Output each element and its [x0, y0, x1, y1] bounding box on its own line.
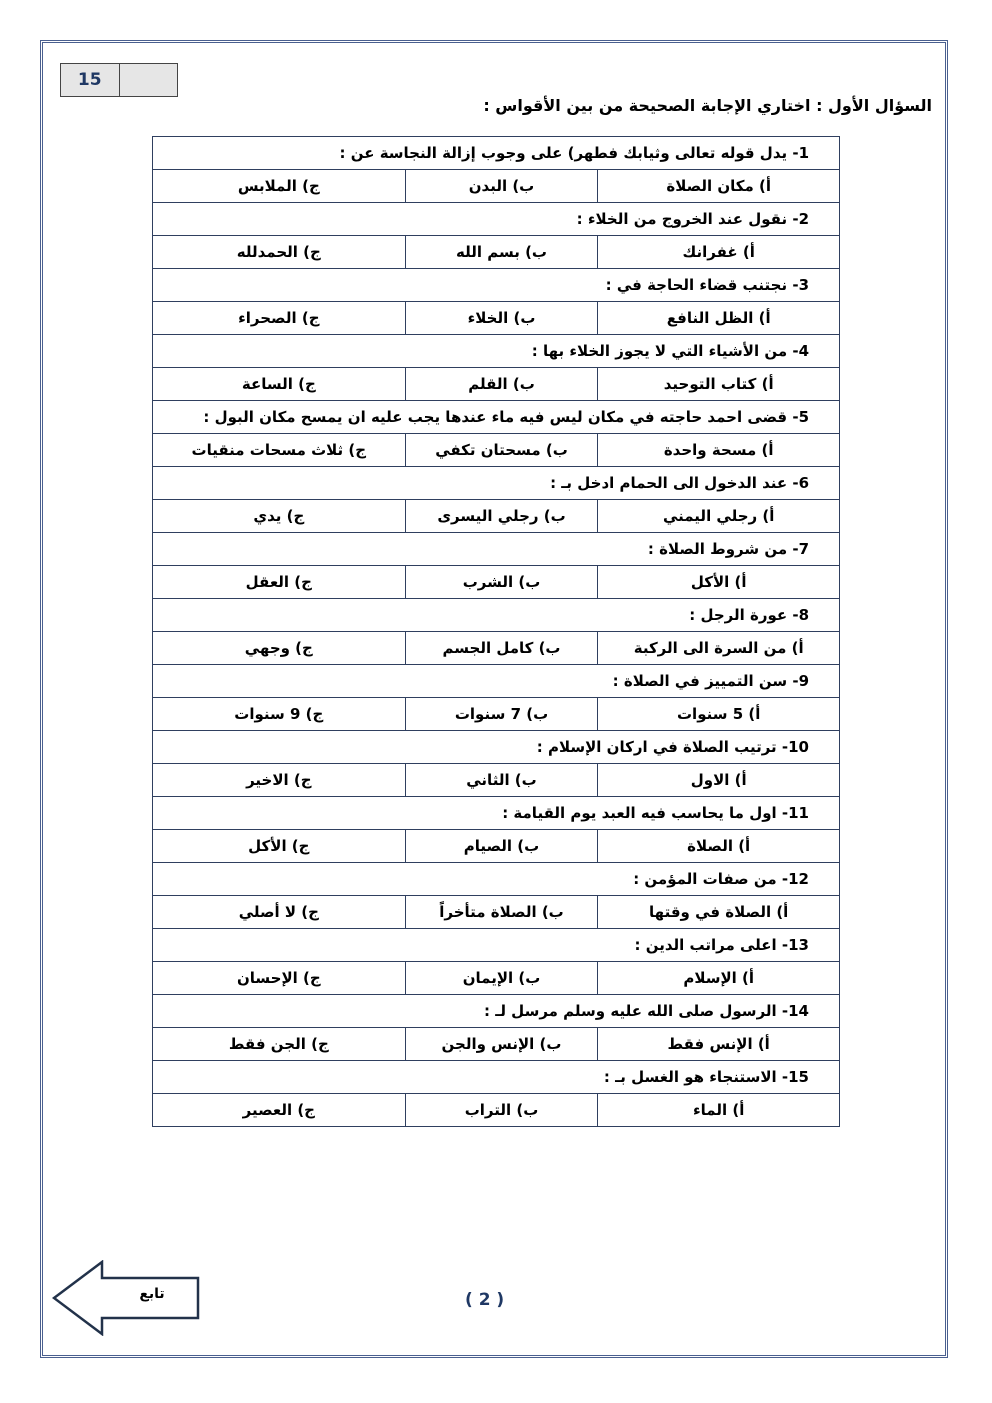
question-row: 11- اول ما يحاسب فيه العبد يوم القيامة :: [153, 797, 840, 830]
continue-arrow: تابع: [52, 1260, 202, 1336]
answer-option[interactable]: ب) الصيام: [405, 830, 598, 863]
options-row: أ) الاولب) الثانيج) الاخير: [153, 764, 840, 797]
question-row: 15- الاستنجاء هو الغسل بـ :: [153, 1061, 840, 1094]
answer-option[interactable]: ب) مسحتان تكفي: [405, 434, 598, 467]
answer-option[interactable]: ج) الملابس: [153, 170, 406, 203]
answer-option[interactable]: ج) الجن فقط: [153, 1028, 406, 1061]
score-total: 15: [61, 64, 119, 96]
question-text: 2- نقول عند الخروج من الخلاء :: [153, 203, 840, 236]
answer-option[interactable]: ج) الساعة: [153, 368, 406, 401]
options-row: أ) الصلاة في وقتهاب) الصلاة متأخراًج) لا…: [153, 896, 840, 929]
question-text: 11- اول ما يحاسب فيه العبد يوم القيامة :: [153, 797, 840, 830]
answer-option[interactable]: ج) ثلاث مسحات منقيات: [153, 434, 406, 467]
question-row: 9- سن التمييز في الصلاة :: [153, 665, 840, 698]
answer-option[interactable]: ب) الشرب: [405, 566, 598, 599]
question-text: 6- عند الدخول الى الحمام ادخل بـ :: [153, 467, 840, 500]
answer-option[interactable]: أ) مسحة واحدة: [598, 434, 840, 467]
options-row: أ) الإسلامب) الإيمانج) الإحسان: [153, 962, 840, 995]
answer-option[interactable]: ب) القلم: [405, 368, 598, 401]
question-row: 6- عند الدخول الى الحمام ادخل بـ :: [153, 467, 840, 500]
answer-option[interactable]: ج) العقل: [153, 566, 406, 599]
answer-option[interactable]: ب) الصلاة متأخراً: [405, 896, 598, 929]
question-row: 8- عورة الرجل :: [153, 599, 840, 632]
answer-option[interactable]: ج) الأكل: [153, 830, 406, 863]
options-row: أ) الأكلب) الشربج) العقل: [153, 566, 840, 599]
answer-option[interactable]: أ) الإسلام: [598, 962, 840, 995]
options-row: أ) الصلاةب) الصيامج) الأكل: [153, 830, 840, 863]
question-text: 13- اعلى مراتب الدين :: [153, 929, 840, 962]
question-text: 7- من شروط الصلاة :: [153, 533, 840, 566]
answer-option[interactable]: ج) العصير: [153, 1094, 406, 1127]
question-row: 4- من الأشياء التي لا يجوز الخلاء بها :: [153, 335, 840, 368]
answer-option[interactable]: ب) الإنس والجن: [405, 1028, 598, 1061]
answer-option[interactable]: ج) الحمدلله: [153, 236, 406, 269]
answer-option[interactable]: ب) رجلي اليسرى: [405, 500, 598, 533]
answer-option[interactable]: أ) كتاب التوحيد: [598, 368, 840, 401]
options-row: أ) غفرانكب) بسم اللهج) الحمدلله: [153, 236, 840, 269]
options-row: أ) الظل النافعب) الخلاءج) الصحراء: [153, 302, 840, 335]
question-row: 2- نقول عند الخروج من الخلاء :: [153, 203, 840, 236]
answer-option[interactable]: أ) الصلاة: [598, 830, 840, 863]
score-box: 15: [60, 63, 178, 97]
answer-option[interactable]: أ) الأكل: [598, 566, 840, 599]
question-row: 13- اعلى مراتب الدين :: [153, 929, 840, 962]
answer-option[interactable]: ج) الإحسان: [153, 962, 406, 995]
question-row: 12- من صفات المؤمن :: [153, 863, 840, 896]
options-row: أ) الإنس فقطب) الإنس والجنج) الجن فقط: [153, 1028, 840, 1061]
options-row: أ) مكان الصلاةب) البدنج) الملابس: [153, 170, 840, 203]
answer-option[interactable]: ب) بسم الله: [405, 236, 598, 269]
question-row: 5- قضى احمد حاجته في مكان ليس فيه ماء عن…: [153, 401, 840, 434]
question-text: 15- الاستنجاء هو الغسل بـ :: [153, 1061, 840, 1094]
question-text: 9- سن التمييز في الصلاة :: [153, 665, 840, 698]
answer-option[interactable]: ج) يدي: [153, 500, 406, 533]
answer-option[interactable]: ب) 7 سنوات: [405, 698, 598, 731]
question-text: 3- نجتنب قضاء الحاجة في :: [153, 269, 840, 302]
answer-option[interactable]: أ) رجلي اليمني: [598, 500, 840, 533]
continue-label: تابع: [122, 1286, 182, 1302]
answer-option[interactable]: ب) التراب: [405, 1094, 598, 1127]
quiz-table: 1- يدل قوله تعالى وثيابك فطهر) على وجوب …: [152, 136, 840, 1127]
options-row: أ) الماءب) الترابج) العصير: [153, 1094, 840, 1127]
answer-option[interactable]: أ) الاول: [598, 764, 840, 797]
answer-option[interactable]: أ) الماء: [598, 1094, 840, 1127]
answer-option[interactable]: ب) البدن: [405, 170, 598, 203]
answer-option[interactable]: أ) مكان الصلاة: [598, 170, 840, 203]
options-row: أ) كتاب التوحيدب) القلمج) الساعة: [153, 368, 840, 401]
answer-option[interactable]: ج) 9 سنوات: [153, 698, 406, 731]
answer-option[interactable]: ب) الثاني: [405, 764, 598, 797]
answer-option[interactable]: أ) غفرانك: [598, 236, 840, 269]
question-text: 4- من الأشياء التي لا يجوز الخلاء بها :: [153, 335, 840, 368]
answer-option[interactable]: ب) الإيمان: [405, 962, 598, 995]
question-text: 14- الرسول صلى الله عليه وسلم مرسل لـ :: [153, 995, 840, 1028]
question-row: 7- من شروط الصلاة :: [153, 533, 840, 566]
question-row: 3- نجتنب قضاء الحاجة في :: [153, 269, 840, 302]
answer-option[interactable]: ج) وجهي: [153, 632, 406, 665]
answer-option[interactable]: ج) الاخير: [153, 764, 406, 797]
question-row: 1- يدل قوله تعالى وثيابك فطهر) على وجوب …: [153, 137, 840, 170]
options-row: أ) من السرة الى الركبةب) كامل الجسمج) وج…: [153, 632, 840, 665]
options-row: أ) 5 سنواتب) 7 سنواتج) 9 سنوات: [153, 698, 840, 731]
question-text: 8- عورة الرجل :: [153, 599, 840, 632]
options-row: أ) رجلي اليمنيب) رجلي اليسرىج) يدي: [153, 500, 840, 533]
answer-option[interactable]: ج) الصحراء: [153, 302, 406, 335]
answer-option[interactable]: ج) لا أصلي: [153, 896, 406, 929]
answer-option[interactable]: أ) من السرة الى الركبة: [598, 632, 840, 665]
question-text: 5- قضى احمد حاجته في مكان ليس فيه ماء عن…: [153, 401, 840, 434]
answer-option[interactable]: أ) الظل النافع: [598, 302, 840, 335]
question-text: 1- يدل قوله تعالى وثيابك فطهر) على وجوب …: [153, 137, 840, 170]
question-title: السؤال الأول : اختاري الإجابة الصحيحة من…: [483, 96, 932, 115]
page-number: ( 2 ): [465, 1290, 504, 1310]
question-text: 10- ترتيب الصلاة في اركان الإسلام :: [153, 731, 840, 764]
answer-option[interactable]: أ) الإنس فقط: [598, 1028, 840, 1061]
answer-option[interactable]: ب) الخلاء: [405, 302, 598, 335]
question-row: 10- ترتيب الصلاة في اركان الإسلام :: [153, 731, 840, 764]
question-row: 14- الرسول صلى الله عليه وسلم مرسل لـ :: [153, 995, 840, 1028]
score-earned-field[interactable]: [119, 64, 178, 96]
answer-option[interactable]: ب) كامل الجسم: [405, 632, 598, 665]
answer-option[interactable]: أ) 5 سنوات: [598, 698, 840, 731]
question-text: 12- من صفات المؤمن :: [153, 863, 840, 896]
answer-option[interactable]: أ) الصلاة في وقتها: [598, 896, 840, 929]
options-row: أ) مسحة واحدةب) مسحتان تكفيج) ثلاث مسحات…: [153, 434, 840, 467]
